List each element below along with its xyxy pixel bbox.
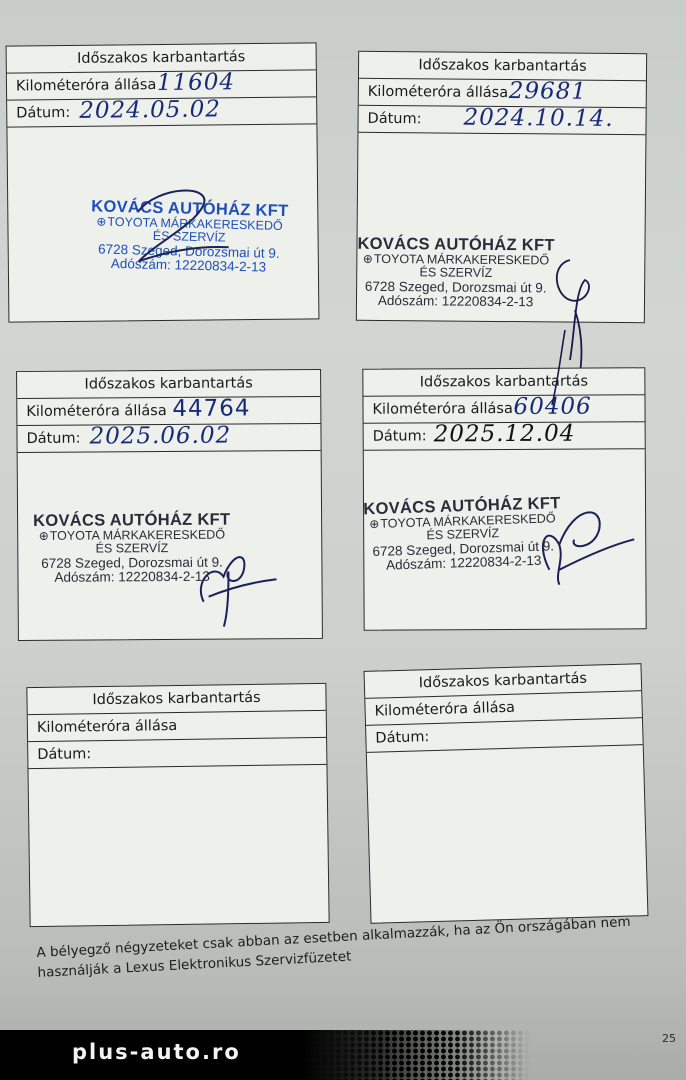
date-label: Dátum:	[37, 746, 91, 763]
date-value: 2025.12.04	[434, 421, 576, 448]
toyota-logo-icon: ⊕	[363, 253, 373, 266]
dealer-stamp: KOVÁCS AUTÓHÁZ KFT ⊕TOYOTA MÁRKAKERESKED…	[33, 512, 231, 585]
toyota-logo-icon: ⊕	[39, 530, 49, 543]
date-label: Dátum:	[16, 105, 70, 122]
dealer-stamp: KOVÁCS AUTÓHÁZ KFT ⊕TOYOTA MÁRKAKERESKED…	[357, 236, 555, 310]
odometer-value: 60406	[513, 394, 591, 420]
odometer-label: Kilométeróra állása	[26, 403, 166, 420]
odometer-label: Kilométeróra állása	[374, 700, 515, 720]
service-card-1: Időszakos karbantartás Kilométeróra állá…	[6, 42, 320, 322]
dealer-stamp: KOVÁCS AUTÓHÁZ KFT ⊕TOYOTA MÁRKAKERESKED…	[90, 198, 289, 275]
date-value: 2024.05.02	[79, 96, 221, 123]
service-card-4: Időszakos karbantartás Kilométeróra állá…	[362, 367, 646, 630]
toyota-logo-icon: ⊕	[369, 518, 379, 531]
card-title: Időszakos karbantartás	[17, 370, 320, 399]
service-card-6: Időszakos karbantartás Kilométeróra állá…	[364, 663, 649, 924]
date-label: Dátum:	[375, 729, 429, 746]
date-value: 2024.10.14.	[463, 105, 613, 132]
odometer-label: Kilométeróra állása	[368, 84, 508, 101]
service-card-3: Időszakos karbantartás Kilométeróra állá…	[16, 369, 323, 641]
service-card-2: Időszakos karbantartás Kilométeróra állá…	[356, 51, 647, 324]
date-value: 2025.06.02	[89, 423, 231, 450]
odometer-value: 44764	[172, 395, 250, 422]
toyota-logo-icon: ⊕	[96, 216, 106, 229]
watermark-text: plus-auto.ro	[72, 1040, 241, 1064]
card-title: Időszakos karbantartás	[359, 52, 646, 82]
odometer-label: Kilométeróra állása	[372, 401, 512, 418]
odometer-label: Kilométeróra állása	[37, 718, 178, 736]
date-label: Dátum:	[373, 428, 427, 444]
odometer-value: 29681	[509, 78, 587, 105]
card-title: Időszakos karbantartás	[27, 684, 325, 715]
date-label: Dátum:	[26, 431, 80, 447]
dealer-stamp: KOVÁCS AUTÓHÁZ KFT ⊕TOYOTA MÁRKAKERESKED…	[363, 495, 562, 573]
card-title: Időszakos karbantartás	[363, 368, 644, 396]
date-label: Dátum:	[368, 111, 422, 127]
odometer-value: 11604	[157, 69, 235, 96]
odometer-label: Kilométeróra állása	[16, 77, 156, 94]
halftone-pattern	[300, 1030, 530, 1080]
service-card-5: Időszakos karbantartás Kilométeróra állá…	[26, 683, 329, 927]
